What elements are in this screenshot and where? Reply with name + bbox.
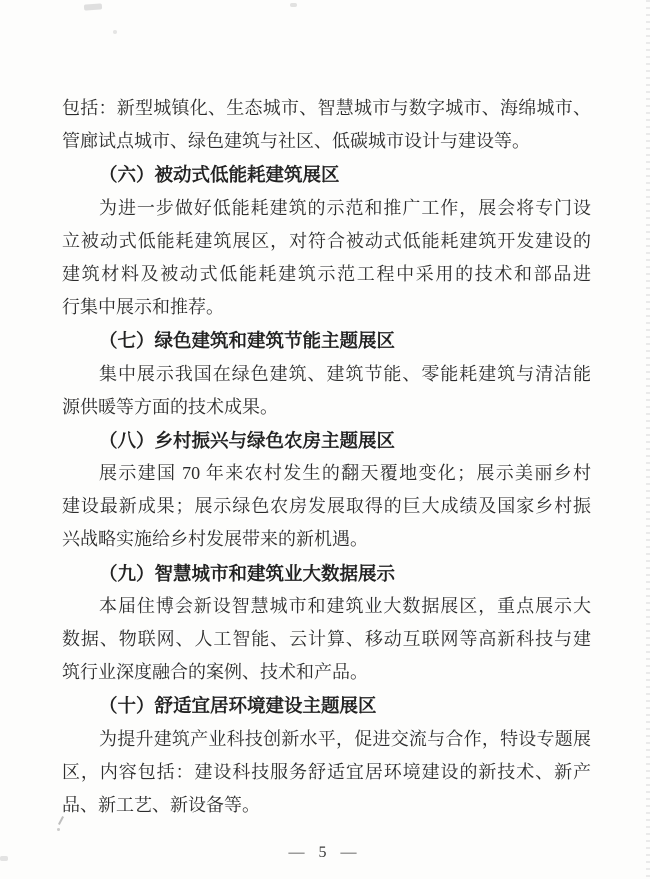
body-line: 品、新工艺、新设备等。 [62, 789, 591, 822]
section-9-heading: （九）智慧城市和建筑业大数据展示 [62, 557, 591, 590]
body-line: 本届住博会新设智慧城市和建筑业大数据展区，重点展示大 [62, 590, 591, 623]
section-7-heading: （七）绿色建筑和建筑节能主题展区 [62, 324, 591, 357]
body-line: 建筑材料及被动式低能耗建筑示范工程中采用的技术和部品进 [62, 258, 591, 291]
scan-artifact-top-smudge [84, 3, 102, 10]
section-6-heading: （六）被动式低能耗建筑展区 [62, 158, 591, 191]
body-line: 集中展示我国在绿色建筑、建筑节能、零能耗建筑与清洁能 [62, 358, 591, 391]
section-8-heading: （八）乡村振兴与绿色农房主题展区 [62, 424, 591, 457]
body-line: 数据、物联网、人工智能、云计算、移动互联网等高新科技与建 [62, 623, 591, 656]
body-line: 立被动式低能耗建筑展区，对符合被动式低能耗建筑开发建设的 [62, 225, 591, 258]
body-line: 展示建国 70 年来农村发生的翻天覆地变化；展示美丽乡村 [62, 457, 591, 490]
body-line: 兴战略实施给乡村发展带来的新机遇。 [62, 523, 591, 556]
body-line: 行集中展示和推荐。 [62, 291, 591, 324]
document-body: 包括：新型城镇化、生态城市、智慧城市与数字城市、海绵城市、 管廊试点城市、绿色建… [62, 92, 591, 822]
body-line: 为提升建筑产业科技创新水平，促进交流与合作，特设专题展 [62, 723, 591, 756]
body-line: 建设最新成果；展示绿色农房发展取得的巨大成绩及国家乡村振 [62, 490, 591, 523]
body-line: 区，内容包括：建设科技服务舒适宜居环境建设的新技术、新产 [62, 756, 591, 789]
page-number: — 5 — [0, 844, 650, 862]
scanned-document-page: 包括：新型城镇化、生态城市、智慧城市与数字城市、海绵城市、 管廊试点城市、绿色建… [0, 0, 650, 879]
body-line: 筑行业深度融合的案例、技术和产品。 [62, 656, 591, 689]
body-line-continuation: 包括：新型城镇化、生态城市、智慧城市与数字城市、海绵城市、 [62, 92, 591, 125]
scan-artifact-edge-noise [646, 0, 650, 879]
scan-artifact-top-speck [290, 3, 297, 7]
scan-artifact-pen-dot [57, 828, 60, 831]
section-10-heading: （十）舒适宜居环境建设主题展区 [62, 689, 591, 722]
body-line: 管廊试点城市、绿色建筑与社区、低碳城市设计与建设等。 [62, 125, 591, 158]
body-line: 为进一步做好低能耗建筑的示范和推广工作，展会将专门设 [62, 192, 591, 225]
body-line: 源供暖等方面的技术成果。 [62, 391, 591, 424]
scan-artifact-mid-speck [113, 30, 117, 34]
